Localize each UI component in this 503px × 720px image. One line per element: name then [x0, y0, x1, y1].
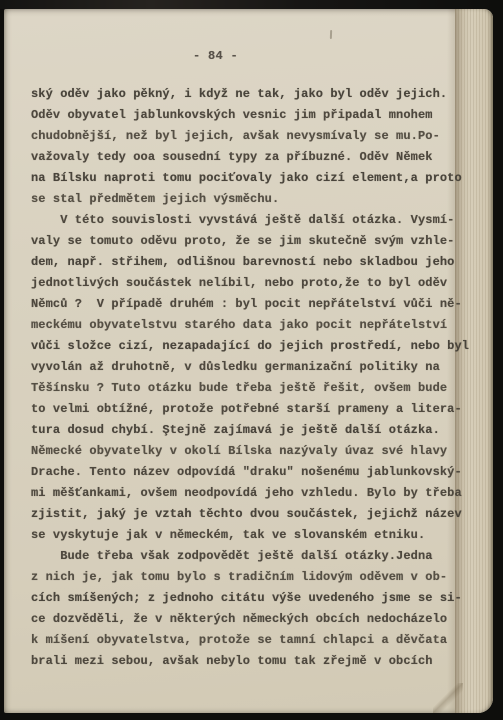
text-line: z nich je, jak tomu bylo s tradičním lid…: [31, 567, 476, 588]
page-number: - 84 -: [193, 49, 238, 63]
text-line: brali mezi sebou, avšak nebylo tomu tak …: [31, 651, 476, 672]
text-line: valy se tomuto oděvu proto, že se jim sk…: [31, 231, 476, 252]
text-line: ský oděv jako pěkný, i když ne tak, jako…: [31, 84, 476, 105]
text-line: k míšení obyvatelstva, protože se tamní …: [31, 630, 476, 651]
text-line: Němců ? V případě druhém : byl pocit nep…: [31, 294, 476, 315]
text-line: vůči složce cizí, nezapadající do jejich…: [31, 336, 476, 357]
text-line: jednotlivých součástek nelíbil, nebo pro…: [31, 273, 476, 294]
text-line: Oděv obyvatel jablunkovských vesnic jim …: [31, 105, 476, 126]
text-line: meckému obyvatelstvu starého data jako p…: [31, 315, 476, 336]
text-line: V této souvislosti vyvstává ještě další …: [31, 210, 476, 231]
text-line: to velmi obtížné, protože potřebné starš…: [31, 399, 476, 420]
text-line: dem, např. střihem, odlišnou barevností …: [31, 252, 476, 273]
text-line: Drache. Tento název odpovídá "draku" noš…: [31, 462, 476, 483]
text-line: tura dosud chybí. Ştejně zajímavá je ješ…: [31, 420, 476, 441]
sheet-corner-shadow: [433, 683, 463, 713]
text-line: na Bílsku naproti tomu pociťovaly jako c…: [31, 168, 476, 189]
text-line: se stal předmětem jejich výsměchu.: [31, 189, 476, 210]
text-line: vyvolán až druhotně, v důsledku germaniz…: [31, 357, 476, 378]
text-line: cích smíšených; z jednoho citátu výše uv…: [31, 588, 476, 609]
scanned-page-background: - 84 - ský oděv jako pěkný, i když ne ta…: [0, 0, 503, 720]
text-line: važovaly tedy ooa sousední typy za příbu…: [31, 147, 476, 168]
text-line: mi měšťankami, ovšem neodpovídá jeho vzh…: [31, 483, 476, 504]
scan-artifact-tick: [330, 30, 332, 39]
book-page: - 84 - ský oděv jako pěkný, i když ne ta…: [4, 9, 493, 713]
typewritten-text-block: ský oděv jako pěkný, i když ne tak, jako…: [31, 84, 476, 672]
text-line: zjistit, jaký je vztah těchto dvou součá…: [31, 504, 476, 525]
text-line: chudobnější, než byl jejich, avšak nevys…: [31, 126, 476, 147]
text-line: Bude třeba však zodpovědět ještě další o…: [31, 546, 476, 567]
text-line: se vyskytuje jak v německém, tak ve slov…: [31, 525, 476, 546]
text-line: Těšínsku ? Tuto otázku bude třeba ještě …: [31, 378, 476, 399]
text-line: Německé obyvatelky v okolí Bílska nazýva…: [31, 441, 476, 462]
text-line: ce dozvěděli, že v některých německých o…: [31, 609, 476, 630]
